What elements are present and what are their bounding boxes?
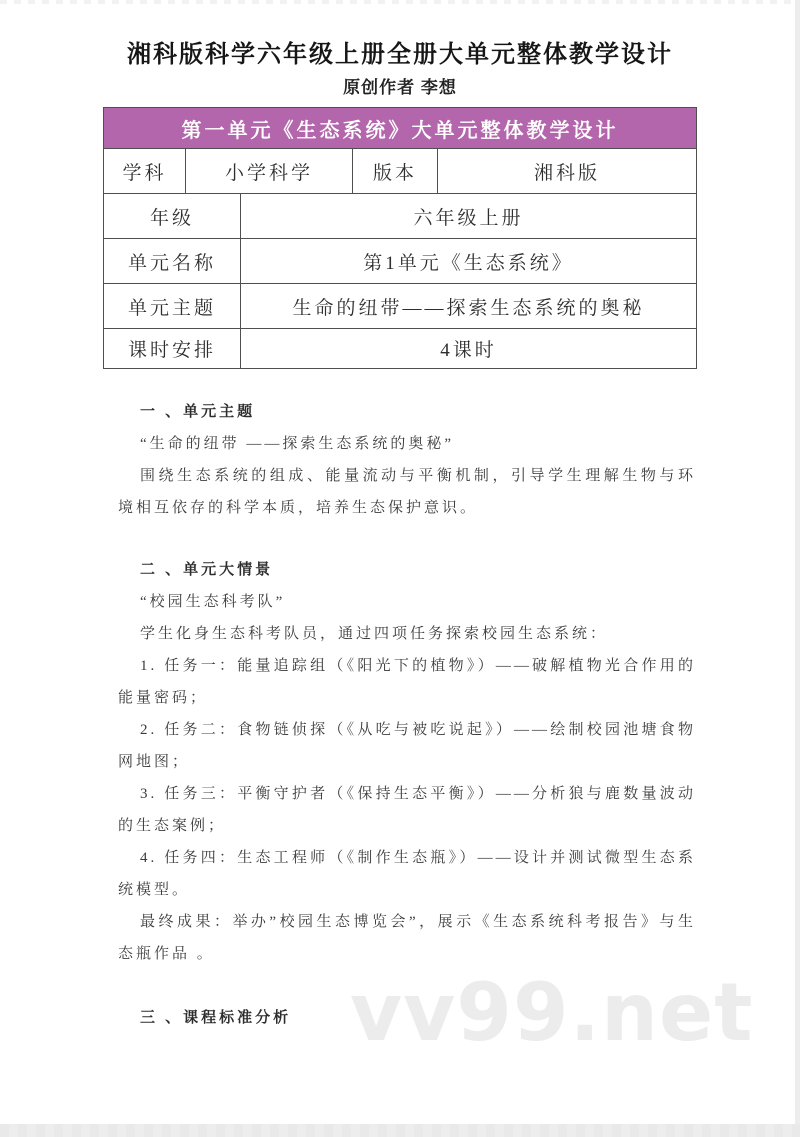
top-edge-texture	[0, 0, 800, 4]
edition-value-cell: 湘科版	[437, 149, 696, 193]
table-row-grade: 年级 六年级上册	[104, 193, 696, 238]
final-result-paragraph: 最终成果：举办”校园生态博览会”，展示《生态系统科考报告》与生态瓶作品 。	[118, 906, 696, 970]
right-edge-strip	[795, 0, 800, 1124]
section-three-heading: 三 、课程标准分析	[118, 1002, 696, 1034]
document-page: 湘科版科学六年级上册全册大单元整体教学设计 原创作者 李想 第一单元《生态系统》…	[0, 0, 800, 1137]
section-one-paragraph: “生命的纽带 ——探索生态系统的奥秘”	[118, 428, 696, 460]
lessons-label-cell: 课时安排	[104, 329, 240, 368]
task-three-paragraph: 3. 任务三：平衡守护者（《保持生态平衡》）——分析狼与鹿数量波动的生态案例；	[118, 778, 696, 842]
unit-overview-table: 第一单元《生态系统》大单元整体教学设计 学科 小学科学 版本 湘科版 年级 六年…	[103, 107, 697, 369]
grade-label-cell: 年级	[104, 194, 240, 238]
table-row-lessons: 课时安排 4课时	[104, 328, 696, 368]
task-one-paragraph: 1. 任务一：能量追踪组（《阳光下的植物》）——破解植物光合作用的能量密码；	[118, 650, 696, 714]
author-line: 原创作者 李想	[0, 75, 800, 101]
section-two-paragraph: “校园生态科考队”	[118, 586, 696, 618]
document-body: 一 、单元主题 “生命的纽带 ——探索生态系统的奥秘” 围绕生态系统的组成、能量…	[118, 396, 696, 1034]
table-row-unit-name: 单元名称 第1单元《生态系统》	[104, 238, 696, 283]
table-row-subject-edition: 学科 小学科学 版本 湘科版	[104, 148, 696, 193]
table-header-banner: 第一单元《生态系统》大单元整体教学设计	[104, 108, 696, 148]
edition-label-cell: 版本	[352, 149, 437, 193]
grade-value-cell: 六年级上册	[240, 194, 696, 238]
section-one-heading: 一 、单元主题	[118, 396, 696, 428]
bottom-edge-strip	[0, 1124, 800, 1137]
unit-name-value-cell: 第1单元《生态系统》	[240, 239, 696, 283]
lessons-value-cell: 4课时	[240, 329, 696, 368]
unit-theme-label-cell: 单元主题	[104, 284, 240, 328]
task-four-paragraph: 4. 任务四：生态工程师（《制作生态瓶》）——设计并测试微型生态系统模型。	[118, 842, 696, 906]
table-row-unit-theme: 单元主题 生命的纽带——探索生态系统的奥秘	[104, 283, 696, 328]
subject-value-cell: 小学科学	[185, 149, 352, 193]
section-one-paragraph: 围绕生态系统的组成、能量流动与平衡机制，引导学生理解生物与环境相互依存的科学本质…	[118, 460, 696, 524]
page-title: 湘科版科学六年级上册全册大单元整体教学设计	[0, 38, 800, 72]
task-two-paragraph: 2. 任务二：食物链侦探（《从吃与被吃说起》）——绘制校园池塘食物网地图；	[118, 714, 696, 778]
subject-label-cell: 学科	[104, 149, 185, 193]
unit-name-label-cell: 单元名称	[104, 239, 240, 283]
section-two-heading: 二 、单元大情景	[118, 554, 696, 586]
unit-theme-value-cell: 生命的纽带——探索生态系统的奥秘	[240, 284, 696, 328]
section-two-paragraph: 学生化身生态科考队员，通过四项任务探索校园生态系统：	[118, 618, 696, 650]
